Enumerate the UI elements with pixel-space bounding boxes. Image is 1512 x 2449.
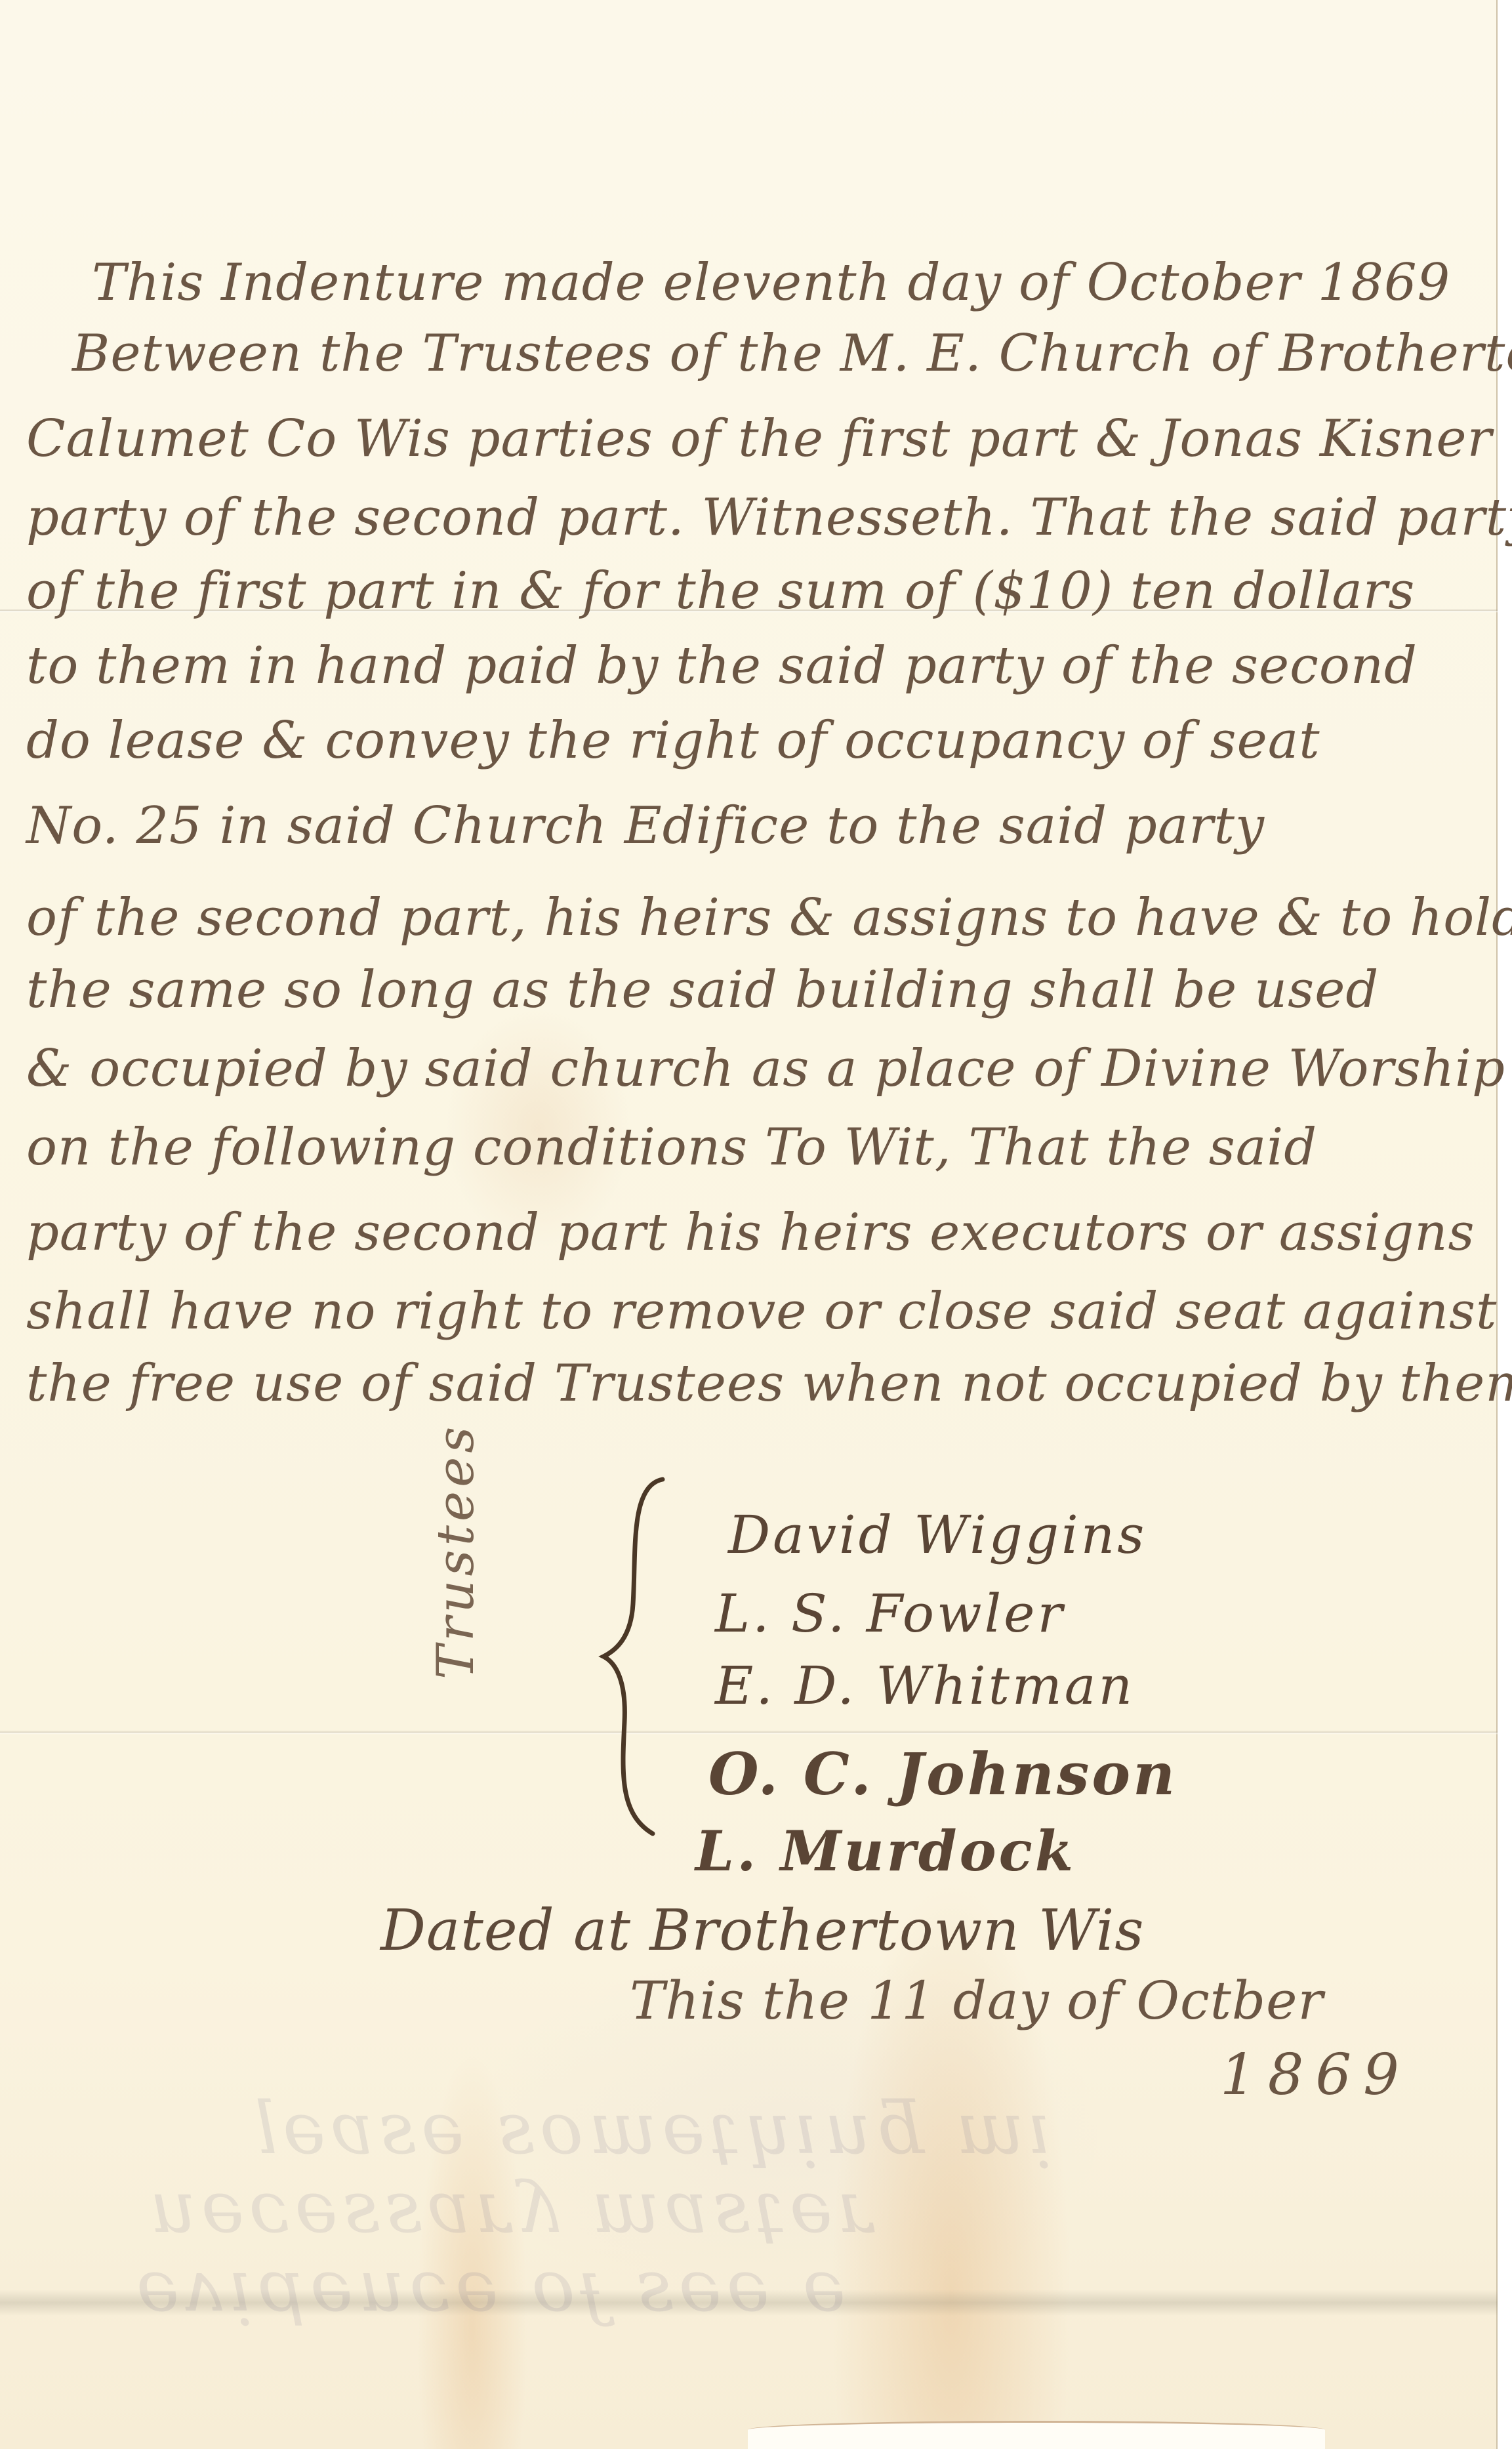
body-line-15: the free use of said Trustees when not o… <box>26 1358 1512 1409</box>
signature-4: O. C. Johnson <box>708 1745 1177 1803</box>
body-line-4: party of the second part. Witnesseth. Th… <box>26 492 1512 543</box>
body-line-14: shall have no right to remove or close s… <box>26 1286 1497 1337</box>
body-line-7: do lease & convey the right of occupancy… <box>26 715 1320 766</box>
trustees-label: Trustees <box>426 1423 485 1679</box>
body-line-10: the same so long as the said building sh… <box>26 964 1379 1016</box>
bleed-through-text: ɹǝʇsɐɯ ʎɹɐssǝɔǝu <box>144 2165 874 2249</box>
body-line-2: Between the Trustees of the M. E. Church… <box>72 328 1512 379</box>
dated-line: This the 11 day of Octber <box>630 1975 1324 2027</box>
dated-place: Dated at Brothertown Wis <box>380 1903 1144 1959</box>
body-line-3: Calumet Co Wis parties of the first part… <box>26 413 1492 464</box>
body-line-5: of the first part in & for the sum of ($… <box>26 566 1415 617</box>
bleed-through-text: ᴉɯ ƃuᴉɥʇǝɯos ǝsɐǝl <box>249 2086 1052 2170</box>
signature-1: David Wiggins <box>728 1509 1147 1561</box>
signature-2: L. S. Fowler <box>715 1588 1065 1640</box>
dated-year: 1869 <box>1220 2047 1411 2103</box>
paper-tear <box>748 2421 1325 2449</box>
signature-5: L. Murdock <box>695 1824 1076 1879</box>
signature-3: E. D. Whitman <box>715 1660 1135 1712</box>
bleed-through-text: ǝ ǝǝs ɟo ǝɔuǝpᴉʌǝ <box>131 2244 846 2328</box>
body-line-1: This Indenture made eleventh day of Octo… <box>92 257 1450 308</box>
body-line-12: on the following conditions To Wit, That… <box>26 1122 1317 1173</box>
body-line-13: party of the second part his heirs execu… <box>26 1207 1475 1258</box>
body-line-11: & occupied by said church as a place of … <box>26 1043 1505 1094</box>
body-line-6: to them in hand paid by the said party o… <box>26 640 1418 691</box>
body-line-8: No. 25 in said Church Edifice to the sai… <box>26 800 1265 852</box>
body-line-9: of the second part, his heirs & assigns … <box>26 892 1512 943</box>
signature-brace <box>590 1473 669 1840</box>
fold-crease <box>0 1731 1498 1735</box>
